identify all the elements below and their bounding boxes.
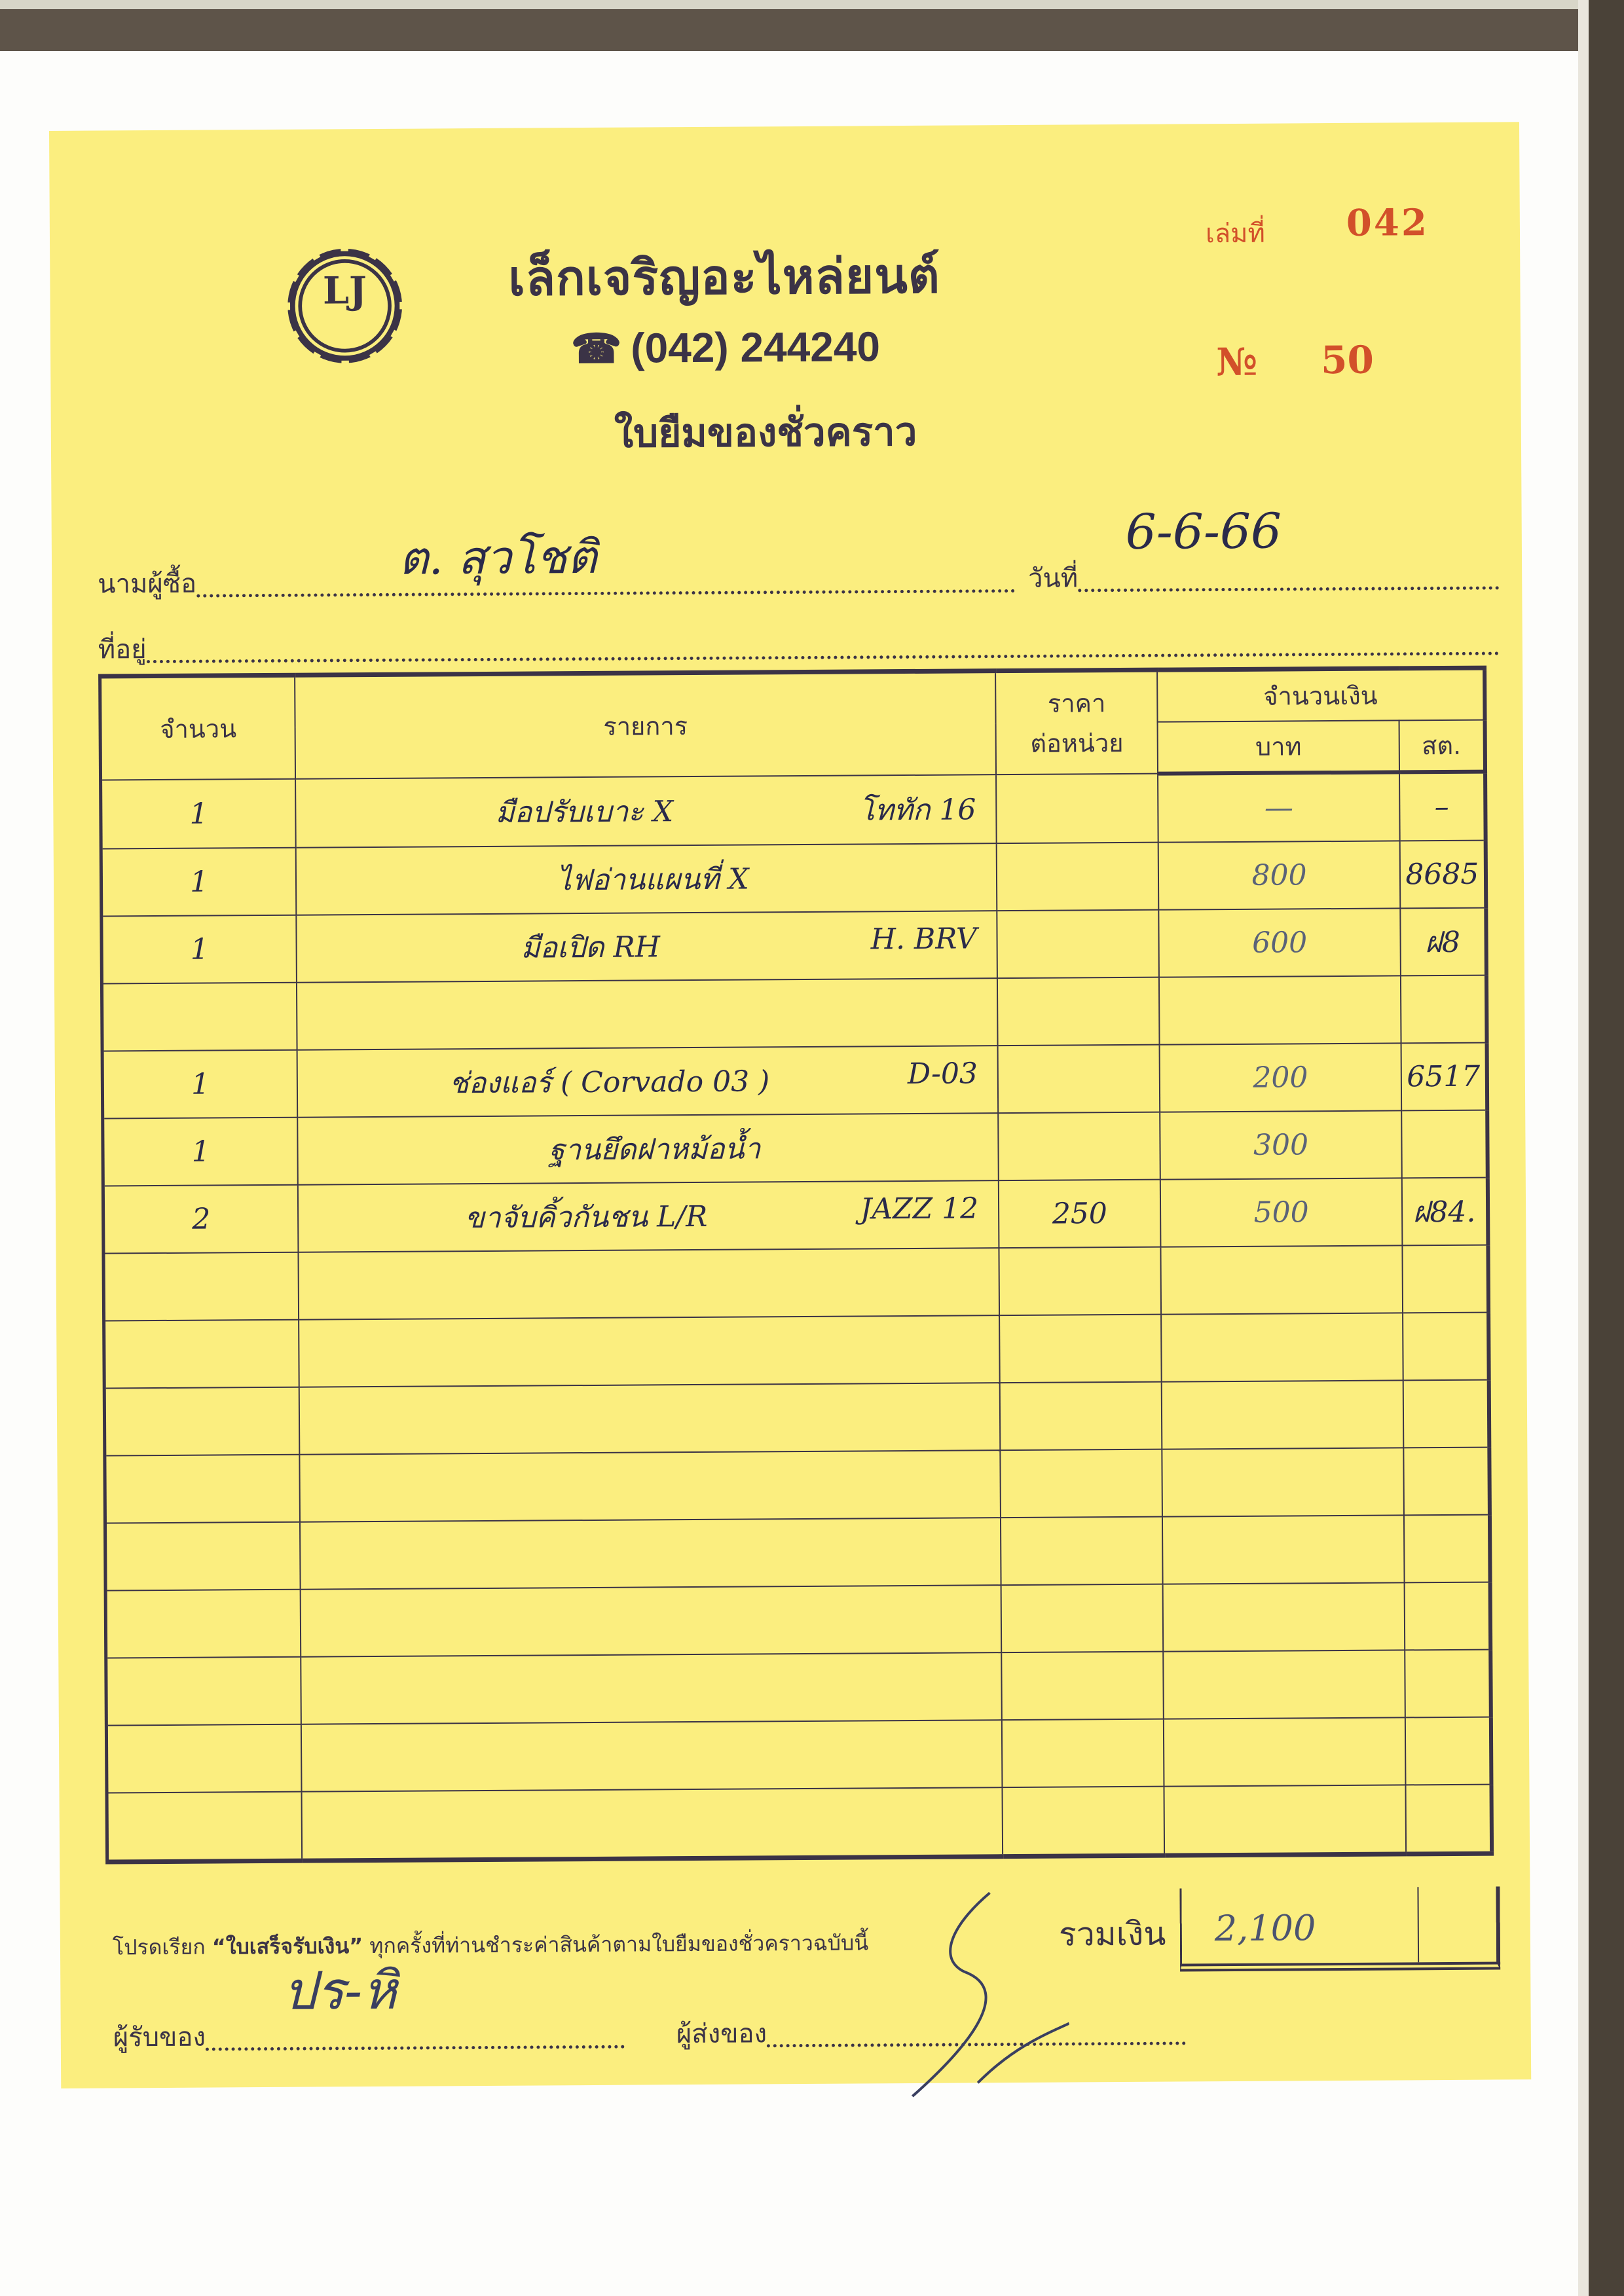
cell-description xyxy=(299,1248,999,1320)
cell-description: ฐานยึดฝาหม้อน้ำ xyxy=(297,1113,998,1185)
col-description-header: รายการ xyxy=(295,671,996,779)
cell-satang xyxy=(1404,1582,1490,1650)
cell-qty: 1 xyxy=(101,915,297,984)
cell-baht: 200 xyxy=(1160,1043,1401,1112)
cell-satang: 8685 xyxy=(1399,841,1486,909)
table-row xyxy=(106,1650,1491,1726)
sender-label: ผู้ส่งของ xyxy=(676,2012,767,2054)
cell-qty: 1 xyxy=(101,848,296,917)
address-field[interactable] xyxy=(147,651,1500,663)
cell-baht: 800 xyxy=(1158,841,1400,909)
cell-qty xyxy=(104,1387,299,1456)
cell-satang: ฝ84. xyxy=(1402,1178,1488,1246)
address-row: ที่อยู่ xyxy=(98,619,1500,670)
cell-baht xyxy=(1164,1785,1406,1855)
scanner-edge xyxy=(1578,0,1624,2296)
cell-baht xyxy=(1159,975,1401,1044)
col-unit-price-header: ราคา ต่อหน่วย xyxy=(995,670,1158,774)
cell-description xyxy=(299,1383,1000,1455)
cell-unit-price xyxy=(1002,1719,1164,1788)
telephone-icon: ☎ xyxy=(571,324,622,372)
receiver-label: ผู้รับของ xyxy=(113,2016,206,2058)
cell-description: มือเปิด RHH. BRV xyxy=(297,911,997,983)
cell-unit-price xyxy=(998,1045,1160,1114)
cell-description xyxy=(297,978,997,1050)
table-row xyxy=(101,975,1486,1051)
buyer-label: นามผู้ซื้อ xyxy=(98,562,196,605)
address-label: ที่อยู่ xyxy=(98,628,147,670)
cell-description xyxy=(301,1652,1001,1724)
cell-satang: – xyxy=(1399,772,1486,841)
cell-satang xyxy=(1402,1245,1488,1313)
cell-baht xyxy=(1162,1448,1404,1516)
buyer-name-handwritten: ต. สุวโชติ xyxy=(399,520,597,594)
cell-unit-price xyxy=(1001,1652,1164,1721)
cell-qty xyxy=(105,1522,300,1591)
cell-description xyxy=(300,1518,1001,1590)
cell-satang xyxy=(1404,1515,1490,1583)
col-baht-header: บาท xyxy=(1158,720,1399,773)
items-table: จำนวน รายการ ราคา ต่อหน่วย จำนวนเงิน บาท… xyxy=(98,666,1494,1865)
cell-baht xyxy=(1162,1515,1404,1584)
cell-unit-price xyxy=(999,1315,1162,1383)
table-row: 1มือเปิด RHH. BRV600ฝ8 xyxy=(101,908,1486,984)
book-number-label: เล่มที่ xyxy=(1206,212,1265,255)
cell-baht: 300 xyxy=(1160,1110,1402,1179)
total-value: 2,100 xyxy=(1215,1907,1316,1949)
receiver-signature: ปร-หิ xyxy=(283,1949,397,2033)
cell-qty xyxy=(106,1657,301,1726)
cell-qty xyxy=(106,1724,301,1793)
slip-number-value: 50 xyxy=(1321,338,1374,382)
cell-satang xyxy=(1405,1650,1491,1718)
cell-unit-price xyxy=(1001,1517,1163,1586)
table-row: 1ช่องแอร์ ( Corvado 03 )D-032006517 xyxy=(102,1043,1487,1119)
table-row xyxy=(106,1717,1491,1793)
table-row: 2ขาจับคิ้วกันชน L/RJAZZ 12250500ฝ84. xyxy=(103,1178,1488,1254)
cell-unit-price xyxy=(999,1247,1162,1316)
cell-qty xyxy=(103,1252,299,1321)
total-label: รวมเงิน xyxy=(1059,1908,1166,1961)
phone-number: (042) 244240 xyxy=(631,322,880,372)
cell-baht xyxy=(1164,1717,1405,1786)
cell-qty: 1 xyxy=(102,1050,297,1119)
cell-satang xyxy=(1405,1785,1492,1854)
cell-unit-price xyxy=(997,843,1159,911)
cell-satang xyxy=(1405,1717,1492,1785)
total-box: 2,100 xyxy=(1179,1887,1500,1972)
company-name: เล็กเจริญอะไหล่ยนต์ xyxy=(508,237,940,317)
cell-description: มือปรับเบาะ Xโททัก 16 xyxy=(295,774,996,848)
scanner-lid xyxy=(0,0,1624,56)
cell-part-code: H. BRV xyxy=(870,922,976,956)
buyer-date-row: นามผู้ซื้อ วันที่ xyxy=(98,554,1499,604)
date-field[interactable] xyxy=(1078,586,1499,592)
cell-part-code: JAZZ 12 xyxy=(860,1192,978,1226)
cell-qty xyxy=(105,1455,300,1523)
receiver-signature-field[interactable] xyxy=(206,2045,625,2051)
cell-satang xyxy=(1401,975,1487,1044)
company-phone: ☎ (042) 244240 xyxy=(571,322,880,373)
cell-satang xyxy=(1403,1448,1490,1516)
cell-satang: 6517 xyxy=(1401,1043,1487,1111)
table-row: 1มือปรับเบาะ Xโททัก 16—– xyxy=(101,772,1486,849)
cell-satang xyxy=(1401,1110,1488,1178)
cell-qty xyxy=(104,1320,299,1389)
cell-baht xyxy=(1164,1650,1405,1719)
lj-gear-logo-icon: LJ xyxy=(282,244,407,369)
cell-baht xyxy=(1162,1380,1403,1449)
table-row xyxy=(105,1448,1490,1523)
cell-qty: 1 xyxy=(103,1118,298,1186)
cell-description xyxy=(301,1720,1002,1792)
cell-qty: 2 xyxy=(103,1185,298,1254)
cell-unit-price xyxy=(1003,1787,1165,1857)
cell-baht xyxy=(1161,1245,1403,1314)
date-handwritten: 6-6-66 xyxy=(1126,503,1282,560)
table-row xyxy=(105,1582,1490,1658)
cell-unit-price xyxy=(997,910,1159,979)
cell-baht xyxy=(1161,1313,1403,1381)
cell-unit-price xyxy=(1001,1584,1164,1653)
buyer-field[interactable] xyxy=(196,589,1015,598)
table-row xyxy=(104,1313,1489,1389)
sender-signature-scribble xyxy=(872,1886,1069,2104)
cell-qty xyxy=(101,983,297,1051)
cell-qty xyxy=(107,1792,302,1862)
cell-satang xyxy=(1403,1380,1489,1448)
cell-unit-price xyxy=(1000,1382,1162,1451)
table-row xyxy=(104,1380,1489,1456)
cell-part-code: D-03 xyxy=(908,1057,978,1091)
cell-description xyxy=(301,1585,1001,1657)
book-number-value: 042 xyxy=(1346,201,1429,245)
cell-unit-price xyxy=(998,1112,1160,1181)
cell-description xyxy=(302,1787,1003,1861)
col-satang-header: สต. xyxy=(1399,720,1485,773)
cell-description: ไฟอ่านแผนที่ X xyxy=(296,843,997,915)
cell-part-code: โททัก 16 xyxy=(859,786,976,833)
date-label: วันที่ xyxy=(1028,556,1079,598)
cell-unit-price xyxy=(996,774,1158,844)
cell-qty xyxy=(105,1590,301,1658)
cell-baht: — xyxy=(1158,772,1399,842)
cell-unit-price xyxy=(997,977,1160,1046)
cell-baht: 500 xyxy=(1160,1178,1402,1247)
temporary-loan-slip: LJ เล็กเจริญอะไหล่ยนต์ ☎ (042) 244240 ใบ… xyxy=(49,122,1531,2088)
total-divider xyxy=(1417,1887,1419,1962)
table-row: 1ฐานยึดฝาหม้อน้ำ300 xyxy=(103,1110,1488,1186)
document-type-title: ใบยืมของชั่วคราว xyxy=(614,401,917,465)
col-qty-header: จำนวน xyxy=(100,675,296,780)
slip-number-label: № xyxy=(1216,340,1257,384)
table-row: 1ไฟอ่านแผนที่ X8008685 xyxy=(101,841,1486,917)
cell-satang: ฝ8 xyxy=(1400,908,1486,976)
cell-description xyxy=(300,1450,1001,1522)
receipt-notice: โปรดเรียก “ใบเสร็จรับเงิน” ทุกครั้งที่ท่… xyxy=(113,1926,868,1964)
cell-description: ขาจับคิ้วกันชน L/RJAZZ 12 xyxy=(298,1180,999,1252)
table-row xyxy=(105,1515,1490,1591)
svg-text:LJ: LJ xyxy=(323,268,367,312)
table-row xyxy=(107,1785,1492,1862)
cell-satang xyxy=(1403,1313,1489,1381)
col-amount-header: จำนวนเงิน xyxy=(1157,668,1485,722)
cell-unit-price xyxy=(1000,1449,1162,1518)
cell-unit-price: 250 xyxy=(999,1180,1161,1248)
cell-baht: 600 xyxy=(1159,908,1401,977)
cell-qty: 1 xyxy=(101,779,296,849)
table-row xyxy=(103,1245,1488,1321)
cell-description xyxy=(299,1315,999,1387)
cell-description: ช่องแอร์ ( Corvado 03 )D-03 xyxy=(297,1046,998,1118)
cell-baht xyxy=(1163,1582,1405,1651)
